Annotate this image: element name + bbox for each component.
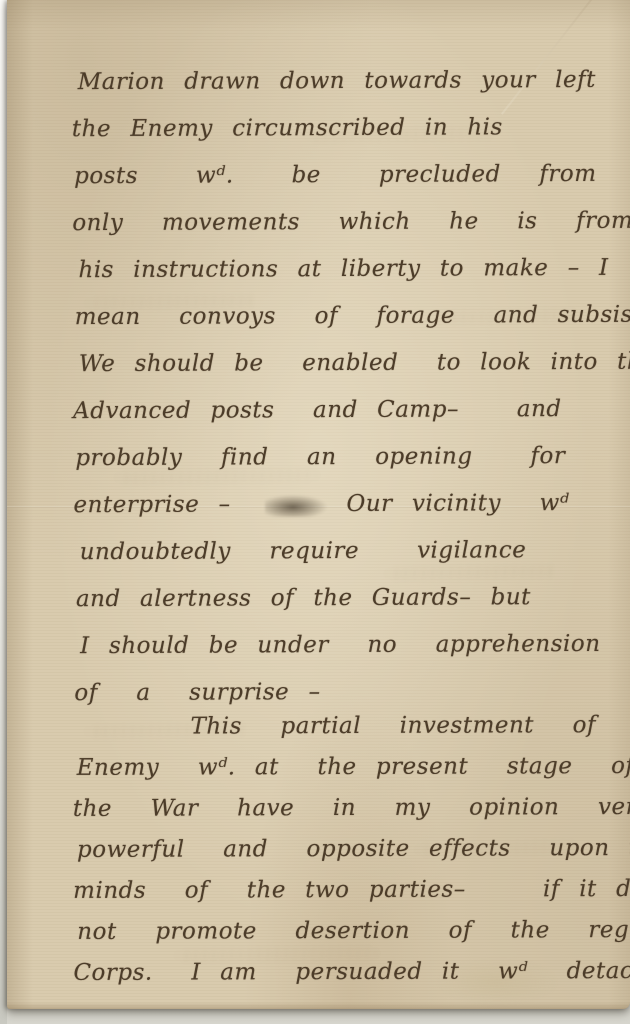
letter-line-11: undoubtedly require vigilance [80, 527, 611, 576]
letter-line-8: Advanced posts and Camp– and [73, 386, 610, 435]
letter-line-20: not promote desertion of the regular [77, 910, 610, 953]
letter-line-16: Enemy wᵈ. at the present stage of [77, 746, 610, 789]
letter-line-9: probably find an opening for [75, 433, 610, 482]
letter-line-10: enterprise – Our vicinity wᵈ [73, 480, 610, 529]
ink-blot [265, 495, 327, 517]
letter-line-12: and alertness of the Guards– but [76, 574, 611, 623]
letter-line-21: Corps. I am persuaded it wᵈ detach [73, 951, 610, 994]
letter-body-paragraph-2: This partial investment of the Enemy wᵈ.… [73, 705, 611, 994]
letter-line-18: powerful and opposite effects upon the [77, 828, 610, 871]
letter-line-7: We should be enabled to look into their [79, 339, 610, 388]
letter-line-4: only movements which he is from [72, 198, 609, 247]
letter-line-13: I should be under no apprehension [80, 621, 611, 670]
letter-line-17: the War have in my opinion very [73, 787, 610, 830]
letter-line-6: mean convoys of forage and subsistence. [75, 292, 610, 341]
letter-line-15: This partial investment of the [73, 705, 610, 748]
letter-line-3: posts wᵈ. be precluded from the [74, 151, 609, 200]
letter-line-2: the Enemy circumscribed in his [72, 104, 609, 153]
letter-body-paragraph-1: Marion drawn down towards your left the … [72, 57, 612, 717]
letter-line-19: minds of the two parties– if it did [73, 869, 610, 912]
scan-background-strip [0, 0, 7, 1024]
scanned-letter-screenshot: { "page": { "description": "Scanned page… [0, 0, 630, 1024]
letter-page-paper: Marion drawn down towards your left the … [7, 0, 630, 1009]
letter-line-1: Marion drawn down towards your left [78, 57, 609, 106]
letter-line-5: his instructions at liberty to make – I [78, 245, 609, 294]
